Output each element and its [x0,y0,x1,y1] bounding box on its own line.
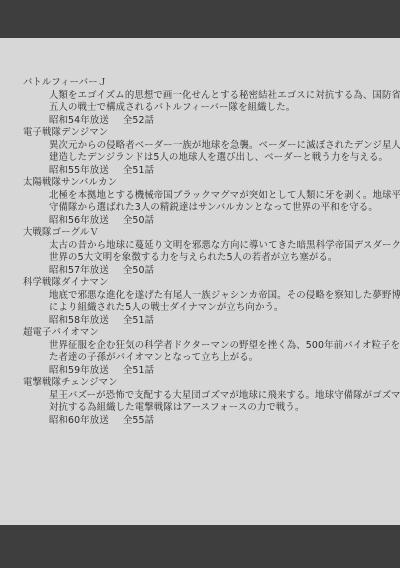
broadcast-year: 昭和59年放送 [49,365,109,376]
broadcast-year: 昭和55年放送 [49,165,109,176]
series-meta: 昭和55年放送全51話 [23,165,393,178]
series-description-line: 地底で邪悪な進化を遂げた有尾人一族ジャシンカ帝国。その侵略を察知した夢野博士 [23,290,393,303]
series-entry: 電子戦隊デンジマン 異次元からの侵略者ベーダー一族が地球を急襲。ベーダーに滅ぼさ… [23,127,393,177]
broadcast-year: 昭和56年放送 [49,215,109,226]
episode-count: 全50話 [123,265,154,276]
series-meta: 昭和57年放送全50話 [23,265,393,278]
series-title: 超電子バイオマン [23,327,393,340]
series-description-line: 星王バズーが恐怖で支配する大星団ゴズマが地球に飛来する。地球守備隊がゴズマに [23,390,393,403]
series-entry: 超電子バイオマン 世界征服を企む狂気の科学者ドクターマンの野望を挫く為、500年… [23,327,393,377]
episode-count: 全50話 [123,215,154,226]
series-description-line: 世界の5大文明を象徴する力を与えられた5人の若者が立ち塞がる。 [23,252,393,265]
series-description-line: 異次元からの侵略者ベーダー一族が地球を急襲。ベーダーに滅ぼされたデンジ星人が [23,140,393,153]
series-entry: バトルフィーバーＪ 人類をエゴイズム的思想で画一化せんとする秘密結社エゴスに対抗… [23,77,393,127]
series-meta: 昭和54年放送全52話 [23,115,393,128]
series-title: 電子戦隊デンジマン [23,127,393,140]
series-description-line: 世界征服を企む狂気の科学者ドクターマンの野望を挫く為、500年前バイオ粒子を浴び [23,340,393,353]
broadcast-year: 昭和54年放送 [49,115,109,126]
series-title: 科学戦隊ダイナマン [23,277,393,290]
series-entry: 科学戦隊ダイナマン 地底で邪悪な進化を遂げた有尾人一族ジャシンカ帝国。その侵略を… [23,277,393,327]
broadcast-year: 昭和60年放送 [49,415,109,426]
series-title: バトルフィーバーＪ [23,77,393,90]
episode-count: 全52話 [123,115,154,126]
series-title: 電撃戦隊チェンジマン [23,377,393,390]
series-meta: 昭和56年放送全50話 [23,215,393,228]
series-meta: 昭和60年放送全55話 [23,415,393,428]
series-description-line: 守備隊から選ばれた3人の精鋭達はサンバルカンとなって世界の平和を守る。 [23,202,393,215]
series-entry: 太陽戦隊サンバルカン 北極を本拠地とする機械帝国ブラックマグマが突如として人類に… [23,177,393,227]
series-list: バトルフィーバーＪ 人類をエゴイズム的思想で画一化せんとする秘密結社エゴスに対抗… [23,77,393,427]
scan-border-bottom [0,525,400,568]
broadcast-year: 昭和57年放送 [49,265,109,276]
series-title: 太陽戦隊サンバルカン [23,177,393,190]
series-entry: 大戦隊ゴーグルＶ 太古の昔から地球に蔓延り文明を邪悪な方向に導いてきた暗黒科学帝… [23,227,393,277]
series-description-line: 対抗する為組織した電撃戦隊はアースフォースの力で戦う。 [23,402,393,415]
episode-count: 全51話 [123,315,154,326]
series-meta: 昭和59年放送全51話 [23,365,393,378]
series-description-line: により組織された5人の戦士ダイナマンが立ち向かう。 [23,302,393,315]
series-description-line: 五人の戦士で構成されるバトルフィーバー隊を組織した。 [23,102,393,115]
episode-count: 全55話 [123,415,154,426]
series-title: 大戦隊ゴーグルＶ [23,227,393,240]
series-description-line: 北極を本拠地とする機械帝国ブラックマグマが突如として人類に牙を剥く。地球平和 [23,190,393,203]
series-description-line: 太古の昔から地球に蔓延り文明を邪悪な方向に導いてきた暗黒科学帝国デスダーク。 [23,240,393,253]
series-entry: 電撃戦隊チェンジマン 星王バズーが恐怖で支配する大星団ゴズマが地球に飛来する。地… [23,377,393,427]
episode-count: 全51話 [123,365,154,376]
episode-count: 全51話 [123,165,154,176]
series-description-line: た者達の子孫がバイオマンとなって立ち上がる。 [23,352,393,365]
scanned-page: バトルフィーバーＪ 人類をエゴイズム的思想で画一化せんとする秘密結社エゴスに対抗… [0,0,400,568]
series-description-line: 人類をエゴイズム的思想で画一化せんとする秘密結社エゴスに対抗する為、国防省は [23,90,393,103]
scan-border-top [0,0,400,38]
series-description-line: 建造したデンジランドは5人の地球人を選び出し、ベーダーと戦う力を与える。 [23,152,393,165]
series-meta: 昭和58年放送全51話 [23,315,393,328]
broadcast-year: 昭和58年放送 [49,315,109,326]
